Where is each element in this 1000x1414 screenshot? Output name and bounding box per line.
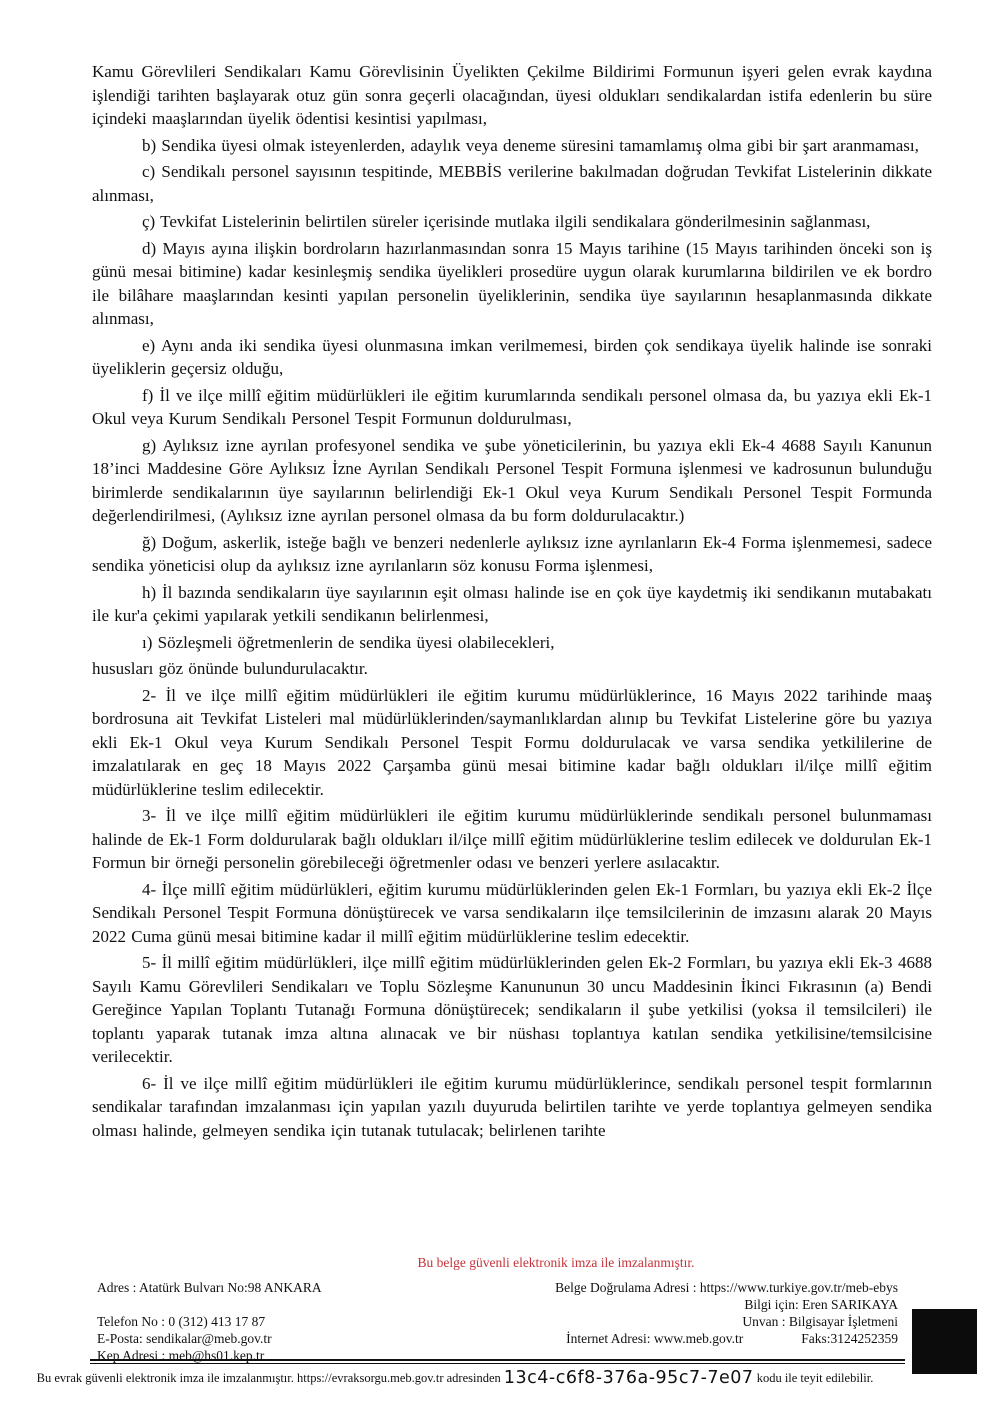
body-paragraph-g: g) Aylıksız izne ayrılan profesyonel sen…	[92, 434, 932, 528]
footer-phone: Telefon No : 0 (312) 413 17 87	[97, 1313, 322, 1330]
body-paragraph: Kamu Görevlileri Sendikaları Kamu Görevl…	[92, 60, 932, 131]
body-paragraph-5: 5- İl millî eğitim müdürlükleri, ilçe mi…	[92, 951, 932, 1069]
esign-note: Bu belge güvenli elektronik imza ile imz…	[0, 1255, 1000, 1271]
body-paragraph-4: 4- İlçe millî eğitim müdürlükleri, eğiti…	[92, 878, 932, 949]
footer-separator-rule	[90, 1359, 905, 1364]
body-paragraph-2: 2- İl ve ilçe millî eğitim müdürlükleri …	[92, 684, 932, 802]
footer-email: E-Posta: sendikalar@meb.gov.tr	[97, 1330, 322, 1347]
body-paragraph-3: 3- İl ve ilçe millî eğitim müdürlükleri …	[92, 804, 932, 875]
footer-address: Adres : Atatürk Bulvarı No:98 ANKARA	[97, 1279, 322, 1296]
footer-contact-title: Unvan : Bilgisayar İşletmeni	[555, 1313, 898, 1330]
footer-web-address: İnternet Adresi: www.meb.gov.tr	[566, 1330, 743, 1347]
body-paragraph-h: h) İl bazında sendikaların üye sayıların…	[92, 581, 932, 628]
body-paragraph-6: 6- İl ve ilçe millî eğitim müdürlükleri …	[92, 1072, 932, 1143]
footer-web-fax-row: İnternet Adresi: www.meb.gov.tr Faks:312…	[555, 1330, 898, 1347]
footer: Adres : Atatürk Bulvarı No:98 ANKARA Tel…	[97, 1279, 898, 1364]
body-paragraph-c: c) Sendikalı personel sayısının tespitin…	[92, 160, 932, 207]
verification-prefix: Bu evrak güvenli elektronik imza ile imz…	[37, 1371, 501, 1385]
body-paragraph-gg: ğ) Doğum, askerlik, isteğe bağlı ve benz…	[92, 531, 932, 578]
document-page: Kamu Görevlileri Sendikaları Kamu Görevl…	[0, 0, 1000, 1414]
footer-right-column: Belge Doğrulama Adresi : https://www.tur…	[555, 1279, 898, 1364]
footer-fax: Faks:3124252359	[801, 1330, 898, 1347]
body-paragraph-e: e) Aynı anda iki sendika üyesi olunmasın…	[92, 334, 932, 381]
footer-left-column: Adres : Atatürk Bulvarı No:98 ANKARA Tel…	[97, 1279, 322, 1364]
body-paragraph-d: d) Mayıs ayına ilişkin bordroların hazır…	[92, 237, 932, 331]
verification-line: Bu evrak güvenli elektronik imza ile imz…	[0, 1368, 1000, 1388]
footer-contact-person: Bilgi için: Eren SARIKAYA	[555, 1296, 898, 1313]
footer-spacer	[97, 1296, 322, 1313]
body-paragraph-i: ı) Sözleşmeli öğretmenlerin de sendika ü…	[92, 631, 932, 655]
document-body: Kamu Görevlileri Sendikaları Kamu Görevl…	[92, 60, 932, 1145]
verification-suffix: kodu ile teyit edilebilir.	[757, 1371, 874, 1385]
verification-code: 13c4-c6f8-376a-95c7-7e07	[504, 1368, 754, 1388]
body-paragraph-b: b) Sendika üyesi olmak isteyenlerden, ad…	[92, 134, 932, 158]
body-paragraph-conclusion: hususları göz önünde bulundurulacaktır.	[92, 657, 932, 681]
footer-verify-address: Belge Doğrulama Adresi : https://www.tur…	[555, 1279, 898, 1296]
body-paragraph-cc: ç) Tevkifat Listelerinin belirtilen süre…	[92, 210, 932, 234]
body-paragraph-f: f) İl ve ilçe millî eğitim müdürlükleri …	[92, 384, 932, 431]
qr-code	[912, 1309, 977, 1374]
